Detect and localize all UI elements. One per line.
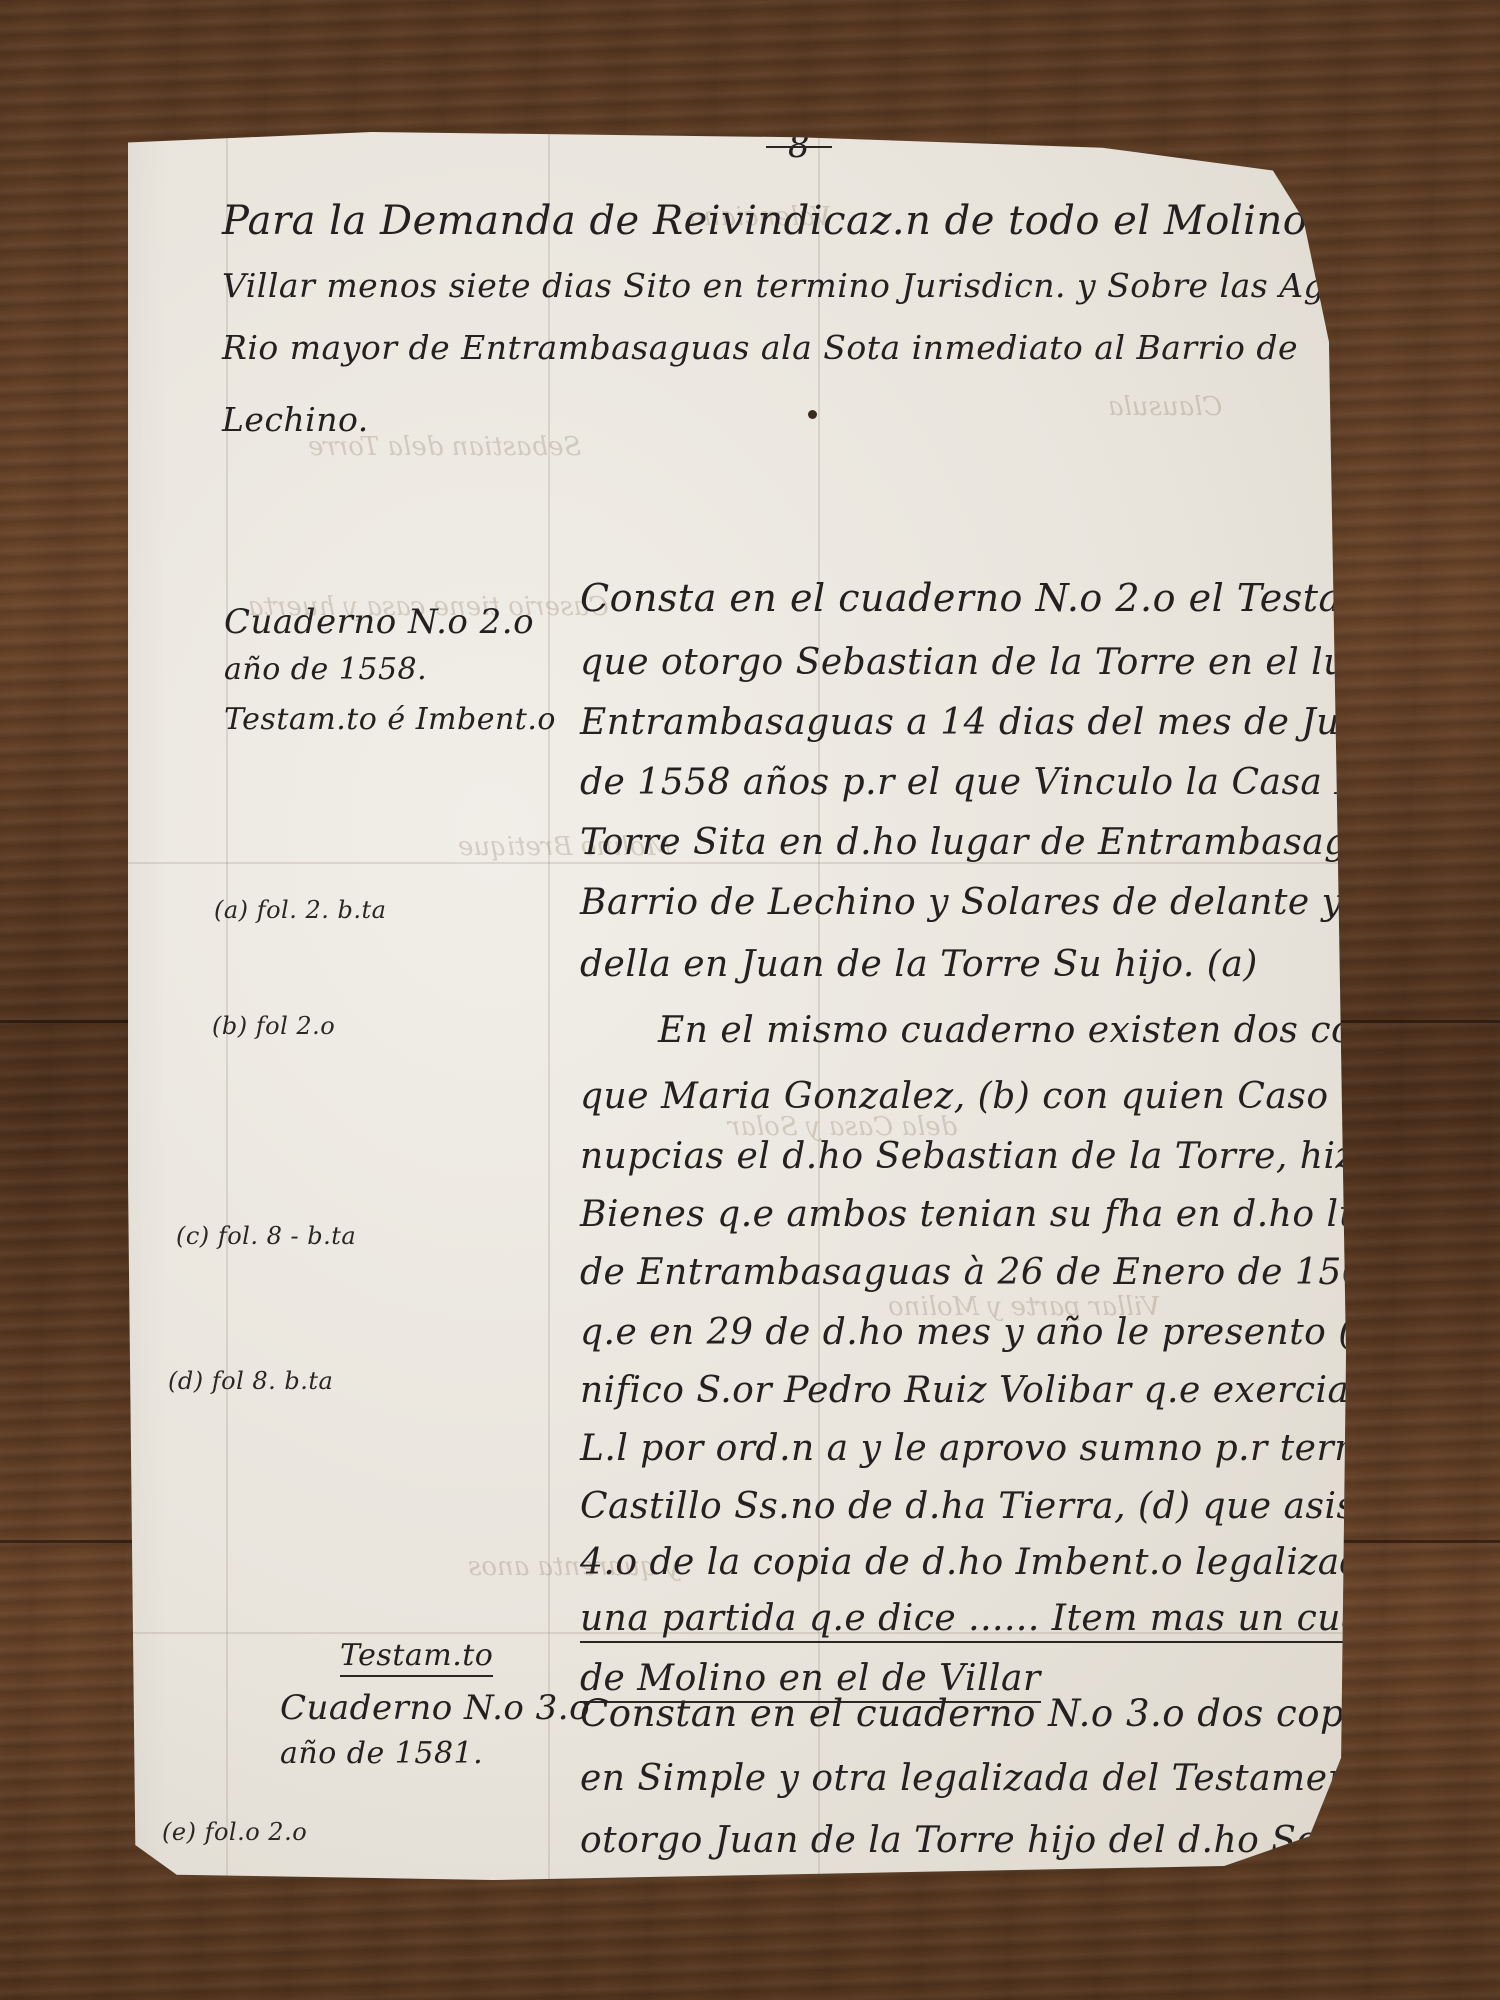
body-line-item: una partida q.e dice ...... Item mas un … [580,1598,1418,1643]
heading-line: Villar menos siete dias Sito en termino … [222,266,1448,305]
footnote-text: fol. 8 - b.ta [218,1222,356,1250]
footnote-label: (e) [162,1818,196,1846]
body-line: L.l por ord.n a y le aprovo sumno p.r te… [580,1428,1500,1469]
footnote-b: (b) fol 2.o [212,1012,335,1040]
ink-blot [808,410,817,419]
margin-line: Cuaderno N.o 3.o [280,1688,590,1728]
body-line: Barrio de Lechino y Solares de delante y… [580,882,1473,923]
margin-line: Cuaderno N.o 2.o [224,602,534,642]
footnote-text: fol 8. b.ta [212,1367,334,1395]
body-line: 4.o de la copia de d.ho Imbent.o legaliz… [580,1542,1464,1583]
body-line: de 1558 años p.r el que Vinculo la Casa … [580,762,1468,803]
body-line: Bienes q.e ambos tenian su fha en d.ho l… [580,1194,1425,1235]
body-line: Constan en el cuaderno N.o 3.o dos copia… [580,1692,1482,1735]
bleed-through-text: Clausula [1108,392,1222,422]
body-line: En el mismo cuaderno existen dos copias … [658,1010,1500,1051]
footnote-a: (a) fol. 2. b.ta [214,896,386,924]
body-line: della en Juan de la Torre Su hijo. (a) [580,944,1258,985]
manuscript-page: Valenciana Sebastian dela Torre Caserio … [128,132,1346,1880]
body-line: Entrambasaguas a 14 dias del mes de Juni… [580,702,1398,743]
footnote-label: (d) [168,1367,204,1395]
body-line: que Maria Gonzalez, (b) con quien Caso e… [580,1076,1500,1117]
footnote-text: fol 2.o [256,1012,335,1040]
body-line: otorgo Juan de la Torre hijo del d.ho Se… [580,1820,1500,1861]
heading-line: Para la Demanda de Reivindicaz.n de todo… [222,198,1371,244]
body-line: nifico S.or Pedro Ruiz Volibar q.e exerc… [580,1370,1500,1411]
paper-fold [226,132,228,1880]
paper-fold [548,132,550,1880]
heading-line: Lechino. [222,400,369,439]
body-line: en Simple y otra legalizada del Testamen… [580,1758,1458,1799]
margin-line: Testam.to é Imbent.o [224,702,556,737]
footnote-c: (c) fol. 8 - b.ta [176,1222,356,1250]
body-line: de Entrambasaguas à 26 de Enero de 1564 … [580,1252,1500,1293]
page-number: 8 [788,126,810,166]
footnote-text: fol. 2. b.ta [257,896,387,924]
heading-line: Rio mayor de Entrambasaguas ala Sota inm… [222,328,1298,367]
body-line: Castillo Ss.no de d.ha Tierra, (d) que a… [580,1486,1500,1527]
margin-line: año de 1558. [224,652,427,687]
footnote-label: (b) [212,1012,248,1040]
footnote-label: (a) [214,896,249,924]
body-line: que otorgo Sebastian de la Torre en el l… [580,642,1467,683]
footnote-e: (e) fol.o 2.o [162,1818,307,1846]
footnote-d: (d) fol 8. b.ta [168,1367,333,1395]
margin-line: Testam.to [340,1638,493,1677]
body-line: Consta en el cuaderno N.o 2.o el Testam.… [580,576,1430,620]
body-line: Torre Sita en d.ho lugar de Entrambasagu… [580,822,1445,863]
body-line: q.e en 29 de d.ho mes y año le presento … [580,1312,1500,1353]
footnote-label: (c) [176,1222,210,1250]
footnote-text: fol.o 2.o [205,1818,308,1846]
margin-line: año de 1581. [280,1736,483,1771]
body-line: nupcias el d.ho Sebastian de la Torre, h… [580,1136,1500,1177]
